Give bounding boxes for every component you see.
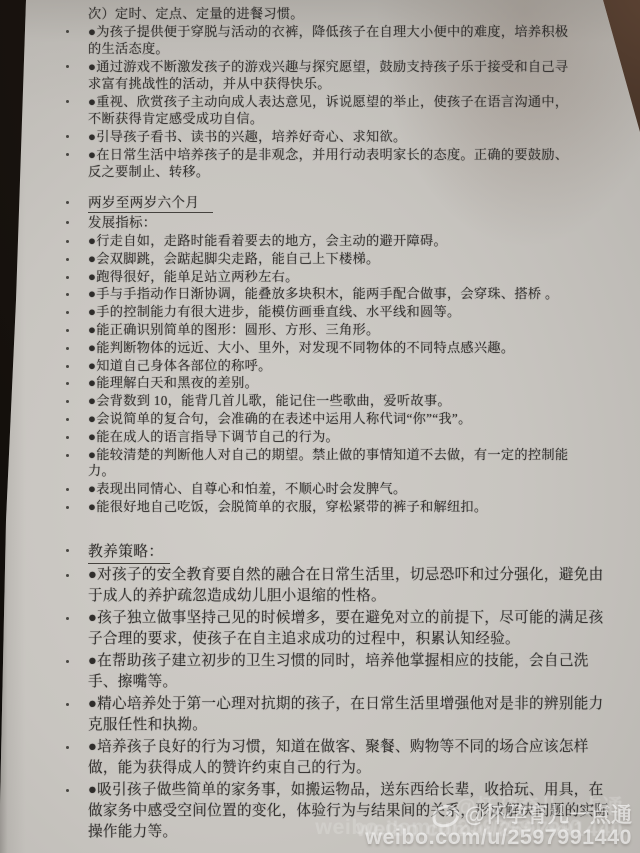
list-marker-dot [66, 746, 69, 749]
list-item-text: ●手的控制能力有很大进步，能模仿画垂直线、水平线和圆等。 [88, 304, 572, 321]
paper-sheet: 次）定时、定点、定量的进餐习惯。 ●为孩子提供便于穿脱与活动的衣裤，降低孩子在自… [0, 0, 640, 853]
list-marker-dot [66, 221, 69, 224]
list-marker-dot [66, 311, 69, 314]
list-item: ●孩子独立做事坚持己见的时候增多，要在避免对立的前提下，尽可能的满足孩子合理的要… [88, 608, 614, 650]
list-marker-dot [66, 329, 69, 332]
list-marker-dot [66, 574, 69, 577]
list-marker-dot [66, 617, 69, 620]
list-item-text: ●能较清楚的判断他人对自己的期望。禁止做的事情知道不去做，有一定的控制能力。 [88, 447, 572, 481]
watermark-handle-row: @怀孕育儿一点通 [365, 805, 632, 827]
list-item-text: ●为孩子提供便于穿脱与活动的衣裤，降低孩子在自理大小便中的难度，培养积极的生活态… [88, 23, 572, 57]
list-marker-dot [66, 201, 69, 204]
section-heading-text: 两岁至两岁六个月 [88, 194, 213, 213]
list-item-text: ●行走自如，走路时能看着要去的地方，会主动的避开障碍。 [88, 233, 572, 250]
list-marker-dot [66, 382, 69, 385]
list-item-text: ●表现出同情心、自尊心和怕羞，不顺心时会发脾气。 [88, 481, 572, 498]
list-item-text: ●孩子独立做事坚持己见的时候增多，要在避免对立的前提下，尽可能的满足孩子合理的要… [88, 608, 614, 650]
list-marker-dot [66, 153, 69, 156]
list-marker-dot [66, 703, 69, 706]
list-marker-dot [66, 293, 69, 296]
list-item-text: ●跑得很好，能单足站立两秒左右。 [88, 269, 572, 286]
list-item-text: ●能正确识别简单的图形：圆形、方形、三角形。 [88, 322, 572, 339]
list-item: ●引导孩子看书、读书的兴趣，培养好奇心、求知欲。 [88, 128, 614, 145]
list-item: ●对孩子的安全教育要自然的融合在日常生活里，切忌恐吓和过分强化，避免由于成人的养… [88, 565, 614, 607]
strategy-heading: 教养策略： [88, 542, 614, 564]
list-item-text: ●手与手指动作日渐协调，能叠放多块积木，能两手配合做事，会穿珠、搭桥 。 [88, 286, 572, 303]
list-item-text: ●对孩子的安全教育要自然的融合在日常生活里，切忌恐吓和过分强化，避免由于成人的养… [88, 565, 614, 607]
list-marker-dot [66, 418, 69, 421]
list-item: ●能较清楚的判断他人对自己的期望。禁止做的事情知道不去做，有一定的控制能力。 [88, 447, 614, 481]
strategy-heading-text: 教养策略： [88, 542, 170, 564]
list-item-text: ●能在成人的语言指导下调节自己的行为。 [88, 429, 572, 446]
document-photo: 次）定时、定点、定量的进餐习惯。 ●为孩子提供便于穿脱与活动的衣裤，降低孩子在自… [0, 0, 640, 853]
list-item-text: ●引导孩子看书、读书的兴趣，培养好奇心、求知欲。 [88, 128, 572, 145]
list-item: ●手的控制能力有很大进步，能模仿画垂直线、水平线和圆等。 [88, 304, 614, 321]
list-marker-dot [66, 436, 69, 439]
list-item: ●跑得很好，能单足站立两秒左右。 [88, 269, 614, 286]
list-item: ●知道自己身体各部位的称呼。 [88, 358, 614, 375]
list-item-text: ●会说简单的复合句，会准确的在表述中运用人称代词“你”“我”。 [88, 411, 572, 428]
list-item: ●表现出同情心、自尊心和怕羞，不顺心时会发脾气。 [88, 481, 614, 498]
list-item: ●能正确识别简单的图形：圆形、方形、三角形。 [88, 322, 614, 339]
section-heading-age: 两岁至两岁六个月 [88, 194, 614, 213]
list-marker-dot [66, 549, 69, 552]
list-item: ●精心培养处于第一心理对抗期的孩子，在日常生活里增强他对是非的辨别能力克服任性和… [88, 694, 614, 736]
paragraph-text: 次）定时、定点、定量的进餐习惯。 [88, 5, 572, 22]
list-item: ●会背数到 10，能背几首儿歌，能记住一些歌曲，爱听故事。 [88, 393, 614, 410]
weibo-watermark: @怀孕育儿一点通 weibo.com/u/2597991440 [365, 805, 632, 849]
list-marker-dot [66, 347, 69, 350]
list-marker-dot [66, 365, 69, 368]
list-item: ●手与手指动作日渐协调，能叠放多块积木，能两手配合做事，会穿珠、搭桥 。 [88, 286, 614, 303]
indicators-label-text: 发展指标： [88, 215, 156, 230]
list-marker-dot [66, 488, 69, 491]
list-item-text: ●会双脚跳，会踮起脚尖走路，能自己上下楼梯。 [88, 251, 572, 268]
list-item: ●会说简单的复合句，会准确的在表述中运用人称代词“你”“我”。 [88, 411, 614, 428]
watermark-handle: @怀孕育儿一点通 [465, 805, 632, 826]
list-item-text: ●通过游戏不断激发孩子的游戏兴趣与探究愿望，鼓励支持孩子乐于接受和自己寻求富有挑… [88, 58, 572, 92]
indicators-label: 发展指标： [88, 214, 614, 231]
list-item-text: ●在日常生活中培养孩子的是非观念，并用行动表明家长的态度。正确的要鼓励、反之要制… [88, 146, 572, 180]
list-item-text: ●能判断物体的远近、大小、里外，对发现不同物体的不同特点感兴趣。 [88, 340, 572, 357]
list-item-text: ●在帮助孩子建立初步的卫生习惯的同时，培养他掌握相应的技能，会自己洗手、擦嘴等。 [88, 651, 614, 693]
list-marker-dot [66, 506, 69, 509]
list-item: ●在帮助孩子建立初步的卫生习惯的同时，培养他掌握相应的技能，会自己洗手、擦嘴等。 [88, 651, 614, 693]
list-marker-dot [66, 30, 69, 33]
list-item: ●在日常生活中培养孩子的是非观念，并用行动表明家长的态度。正确的要鼓励、反之要制… [88, 146, 614, 180]
list-item-text: ●能理解白天和黑夜的差别。 [88, 375, 572, 392]
list-item-text: ●重视、欣赏孩子主动向成人表达意见，诉说愿望的举止，使孩子在语言沟通中，不断获得… [88, 93, 572, 127]
list-marker-dot [66, 400, 69, 403]
paragraph-continuation: 次）定时、定点、定量的进餐习惯。 [88, 5, 614, 22]
list-item: ●为孩子提供便于穿脱与活动的衣裤，降低孩子在自理大小便中的难度，培养积极的生活态… [88, 23, 614, 57]
list-marker-dot [66, 240, 69, 243]
list-marker-dot [66, 454, 69, 457]
list-item: ●重视、欣赏孩子主动向成人表达意见，诉说愿望的举止，使孩子在语言沟通中，不断获得… [88, 93, 614, 127]
list-marker-dot [66, 100, 69, 103]
list-item: ●能在成人的语言指导下调节自己的行为。 [88, 429, 614, 446]
list-item-text: ●知道自己身体各部位的称呼。 [88, 358, 572, 375]
list-marker-dot [66, 276, 69, 279]
list-item-text: ●培养孩子良好的行为习惯，知道在做客、聚餐、购物等不同的场合应该怎样做，能为获得… [88, 737, 614, 779]
document-content: 次）定时、定点、定量的进餐习惯。 ●为孩子提供便于穿脱与活动的衣裤，降低孩子在自… [88, 5, 614, 844]
list-item: ●会双脚跳，会踮起脚尖走路，能自己上下楼梯。 [88, 251, 614, 268]
list-item-text: ●精心培养处于第一心理对抗期的孩子，在日常生活里增强他对是非的辨别能力克服任性和… [88, 694, 614, 736]
indicator-list: ●行走自如，走路时能看着要去的地方，会主动的避开障碍。 ●会双脚跳，会踮起脚尖走… [88, 233, 614, 516]
list-item: ●能理解白天和黑夜的差别。 [88, 375, 614, 392]
list-item: ●培养孩子良好的行为习惯，知道在做客、聚餐、购物等不同的场合应该怎样做，能为获得… [88, 737, 614, 779]
list-marker-dot [66, 789, 69, 792]
list-marker-dot [66, 258, 69, 261]
list-item-text: ●会背数到 10，能背几首儿歌，能记住一些歌曲，爱听故事。 [88, 393, 572, 410]
list-marker-dot [66, 660, 69, 663]
list-item-text: ●能很好地自己吃饭，会脱简单的衣服，穿松紧带的裤子和解纽扣。 [88, 499, 572, 516]
list-item: ●通过游戏不断激发孩子的游戏兴趣与探究愿望，鼓励支持孩子乐于接受和自己寻求富有挑… [88, 58, 614, 92]
list-marker-dot [66, 135, 69, 138]
list-marker-dot [66, 65, 69, 68]
watermark-url: weibo.com/u/2597991440 [365, 827, 632, 849]
list-item: ●行走自如，走路时能看着要去的地方，会主动的避开障碍。 [88, 233, 614, 250]
list-item: ●能很好地自己吃饭，会脱简单的衣服，穿松紧带的裤子和解纽扣。 [88, 499, 614, 516]
list-item: ●能判断物体的远近、大小、里外，对发现不同物体的不同特点感兴趣。 [88, 340, 614, 357]
